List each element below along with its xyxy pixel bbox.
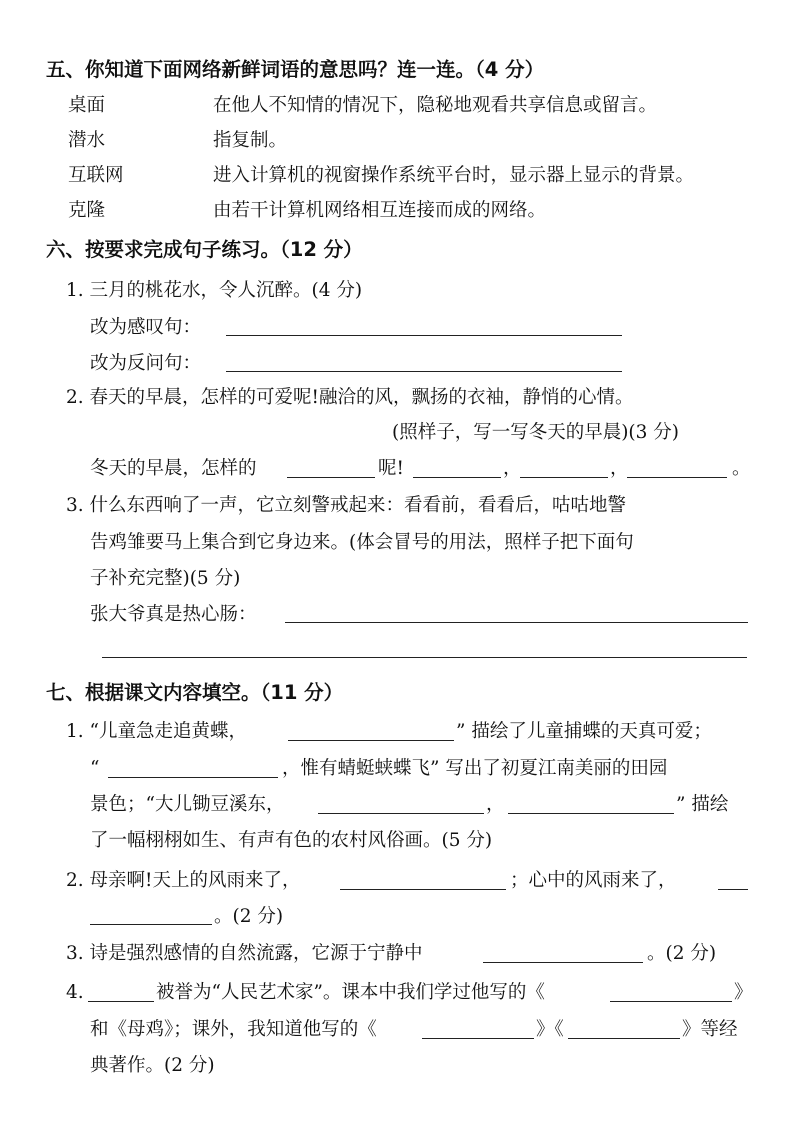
s6-q2-stem: 2. 春天的早晨，怎样的可爱呢!融洽的风，飘扬的衣袖，静悄的心情。 bbox=[66, 386, 633, 410]
s6-q1-exclaim-label: 改为感叹句： bbox=[90, 316, 201, 340]
definition-3: 进入计算机的视窗操作系统平台时，显示器上显示的背景。 bbox=[213, 164, 694, 188]
s7-q4-blank-work-1[interactable] bbox=[610, 1001, 732, 1002]
s7-q4-blank-author[interactable] bbox=[88, 1001, 154, 1002]
s7-q4-line3: 典著作。(2 分) bbox=[90, 1054, 215, 1078]
s6-q2-blank-2[interactable] bbox=[413, 477, 501, 478]
s7-q4-line1-b: 被誉为“人民艺术家”。课本中我们学过他写的《 bbox=[156, 981, 545, 1005]
section6-title: 六、按要求完成句子练习。（12 分） bbox=[46, 238, 363, 262]
s7-q4-line1-a: 4. bbox=[66, 981, 84, 1005]
s6-q3-stem-line3: 子补充完整)(5 分) bbox=[90, 567, 240, 591]
s7-q1-line3-a: 景色；“大儿锄豆溪东， bbox=[90, 793, 284, 817]
s7-q3-blank[interactable] bbox=[483, 962, 643, 963]
s6-q1-exclaim-blank[interactable] bbox=[226, 335, 622, 336]
s6-q3-stem-line2: 告鸡雏要马上集合到它身边来。(体会冒号的用法，照样子把下面句 bbox=[90, 531, 634, 555]
s7-q4-line2-c: 》等经 bbox=[682, 1018, 738, 1042]
s6-q2-instruction: (照样子，写一写冬天的早晨)(3 分) bbox=[392, 421, 679, 445]
s6-q1-rhetorical-label: 改为反问句： bbox=[90, 352, 201, 376]
s7-q1-line1-b: ” 描绘了儿童捕蝶的天真可爱； bbox=[456, 720, 712, 744]
s6-q3-fill-prefix: 张大爷真是热心肠： bbox=[90, 603, 257, 627]
s7-q1-blank-4[interactable] bbox=[508, 813, 674, 814]
s6-q2-comma-1: ， bbox=[503, 457, 522, 481]
s7-q1-blank-2[interactable] bbox=[108, 777, 278, 778]
s7-q2-line1-b: ；心中的风雨来了， bbox=[510, 869, 677, 893]
s7-q1-line3-b: ， bbox=[486, 793, 505, 817]
s7-q1-blank-1[interactable] bbox=[288, 740, 454, 741]
s7-q4-line1-c: 》 bbox=[734, 981, 753, 1005]
s7-q3-line-b: 。(2 分) bbox=[647, 942, 716, 966]
s7-q1-line2-a: “ bbox=[90, 757, 99, 781]
s6-q1-rhetorical-blank[interactable] bbox=[226, 371, 622, 372]
definition-1: 在他人不知情的情况下，隐秘地观看共享信息或留言。 bbox=[213, 94, 657, 118]
s7-q4-line2-b: 》《 bbox=[536, 1018, 564, 1042]
s6-q2-blank-1[interactable] bbox=[287, 477, 375, 478]
s7-q1-line2-b: ，惟有蜻蜓蛱蝶飞” 写出了初夏江南美丽的田园 bbox=[282, 757, 667, 781]
s7-q2-blank-2b[interactable] bbox=[90, 924, 212, 925]
term-clone: 克隆 bbox=[68, 199, 105, 223]
s6-q2-blank-4[interactable] bbox=[627, 477, 727, 478]
s6-q3-blank-2[interactable] bbox=[102, 657, 747, 658]
term-lurking: 潜水 bbox=[68, 129, 105, 153]
s6-q2-ne: 呢! bbox=[378, 457, 404, 481]
s7-q4-blank-work-2[interactable] bbox=[422, 1038, 534, 1039]
s7-q2-line1-a: 2. 母亲啊!天上的风雨来了， bbox=[66, 869, 300, 893]
s7-q2-blank-2a[interactable] bbox=[718, 889, 748, 890]
definition-2: 指复制。 bbox=[213, 129, 287, 153]
s6-q2-period: 。 bbox=[732, 457, 751, 481]
section7-title: 七、根据课文内容填空。（11 分） bbox=[46, 681, 343, 705]
s7-q4-line2-a: 和《母鸡》；课外，我知道他写的《 bbox=[90, 1018, 377, 1042]
definition-4: 由若干计算机网络相互连接而成的网络。 bbox=[213, 199, 546, 223]
s6-q2-fill-prefix: 冬天的早晨，怎样的 bbox=[90, 457, 257, 481]
s7-q3-line-a: 3. 诗是强烈感情的自然流露，它源于宁静中 bbox=[66, 942, 423, 966]
s7-q1-line4: 了一幅栩栩如生、有声有色的农村风俗画。(5 分) bbox=[90, 829, 492, 853]
s7-q2-blank-1[interactable] bbox=[340, 889, 506, 890]
s6-q3-stem-line1: 3. 什么东西响了一声，它立刻警戒起来：看看前，看看后，咕咕地警 bbox=[66, 494, 626, 518]
s7-q2-line2-b: 。(2 分) bbox=[214, 905, 283, 929]
term-internet: 互联网 bbox=[68, 164, 124, 188]
s6-q2-comma-2: ， bbox=[610, 457, 629, 481]
s6-q3-blank-1[interactable] bbox=[285, 622, 748, 623]
section5-title: 五、你知道下面网络新鲜词语的意思吗？连一连。（4 分） bbox=[46, 58, 544, 82]
s7-q1-line1-a: 1. “儿童急走追黄蝶， bbox=[66, 720, 247, 744]
s7-q1-line3-c: ” 描绘 bbox=[676, 793, 728, 817]
s7-q4-blank-work-3[interactable] bbox=[568, 1038, 680, 1039]
s7-q1-blank-3[interactable] bbox=[318, 813, 484, 814]
s6-q2-blank-3[interactable] bbox=[520, 477, 608, 478]
term-desktop: 桌面 bbox=[68, 94, 105, 118]
s6-q1-stem: 1. 三月的桃花水，令人沉醉。(4 分) bbox=[66, 279, 362, 303]
